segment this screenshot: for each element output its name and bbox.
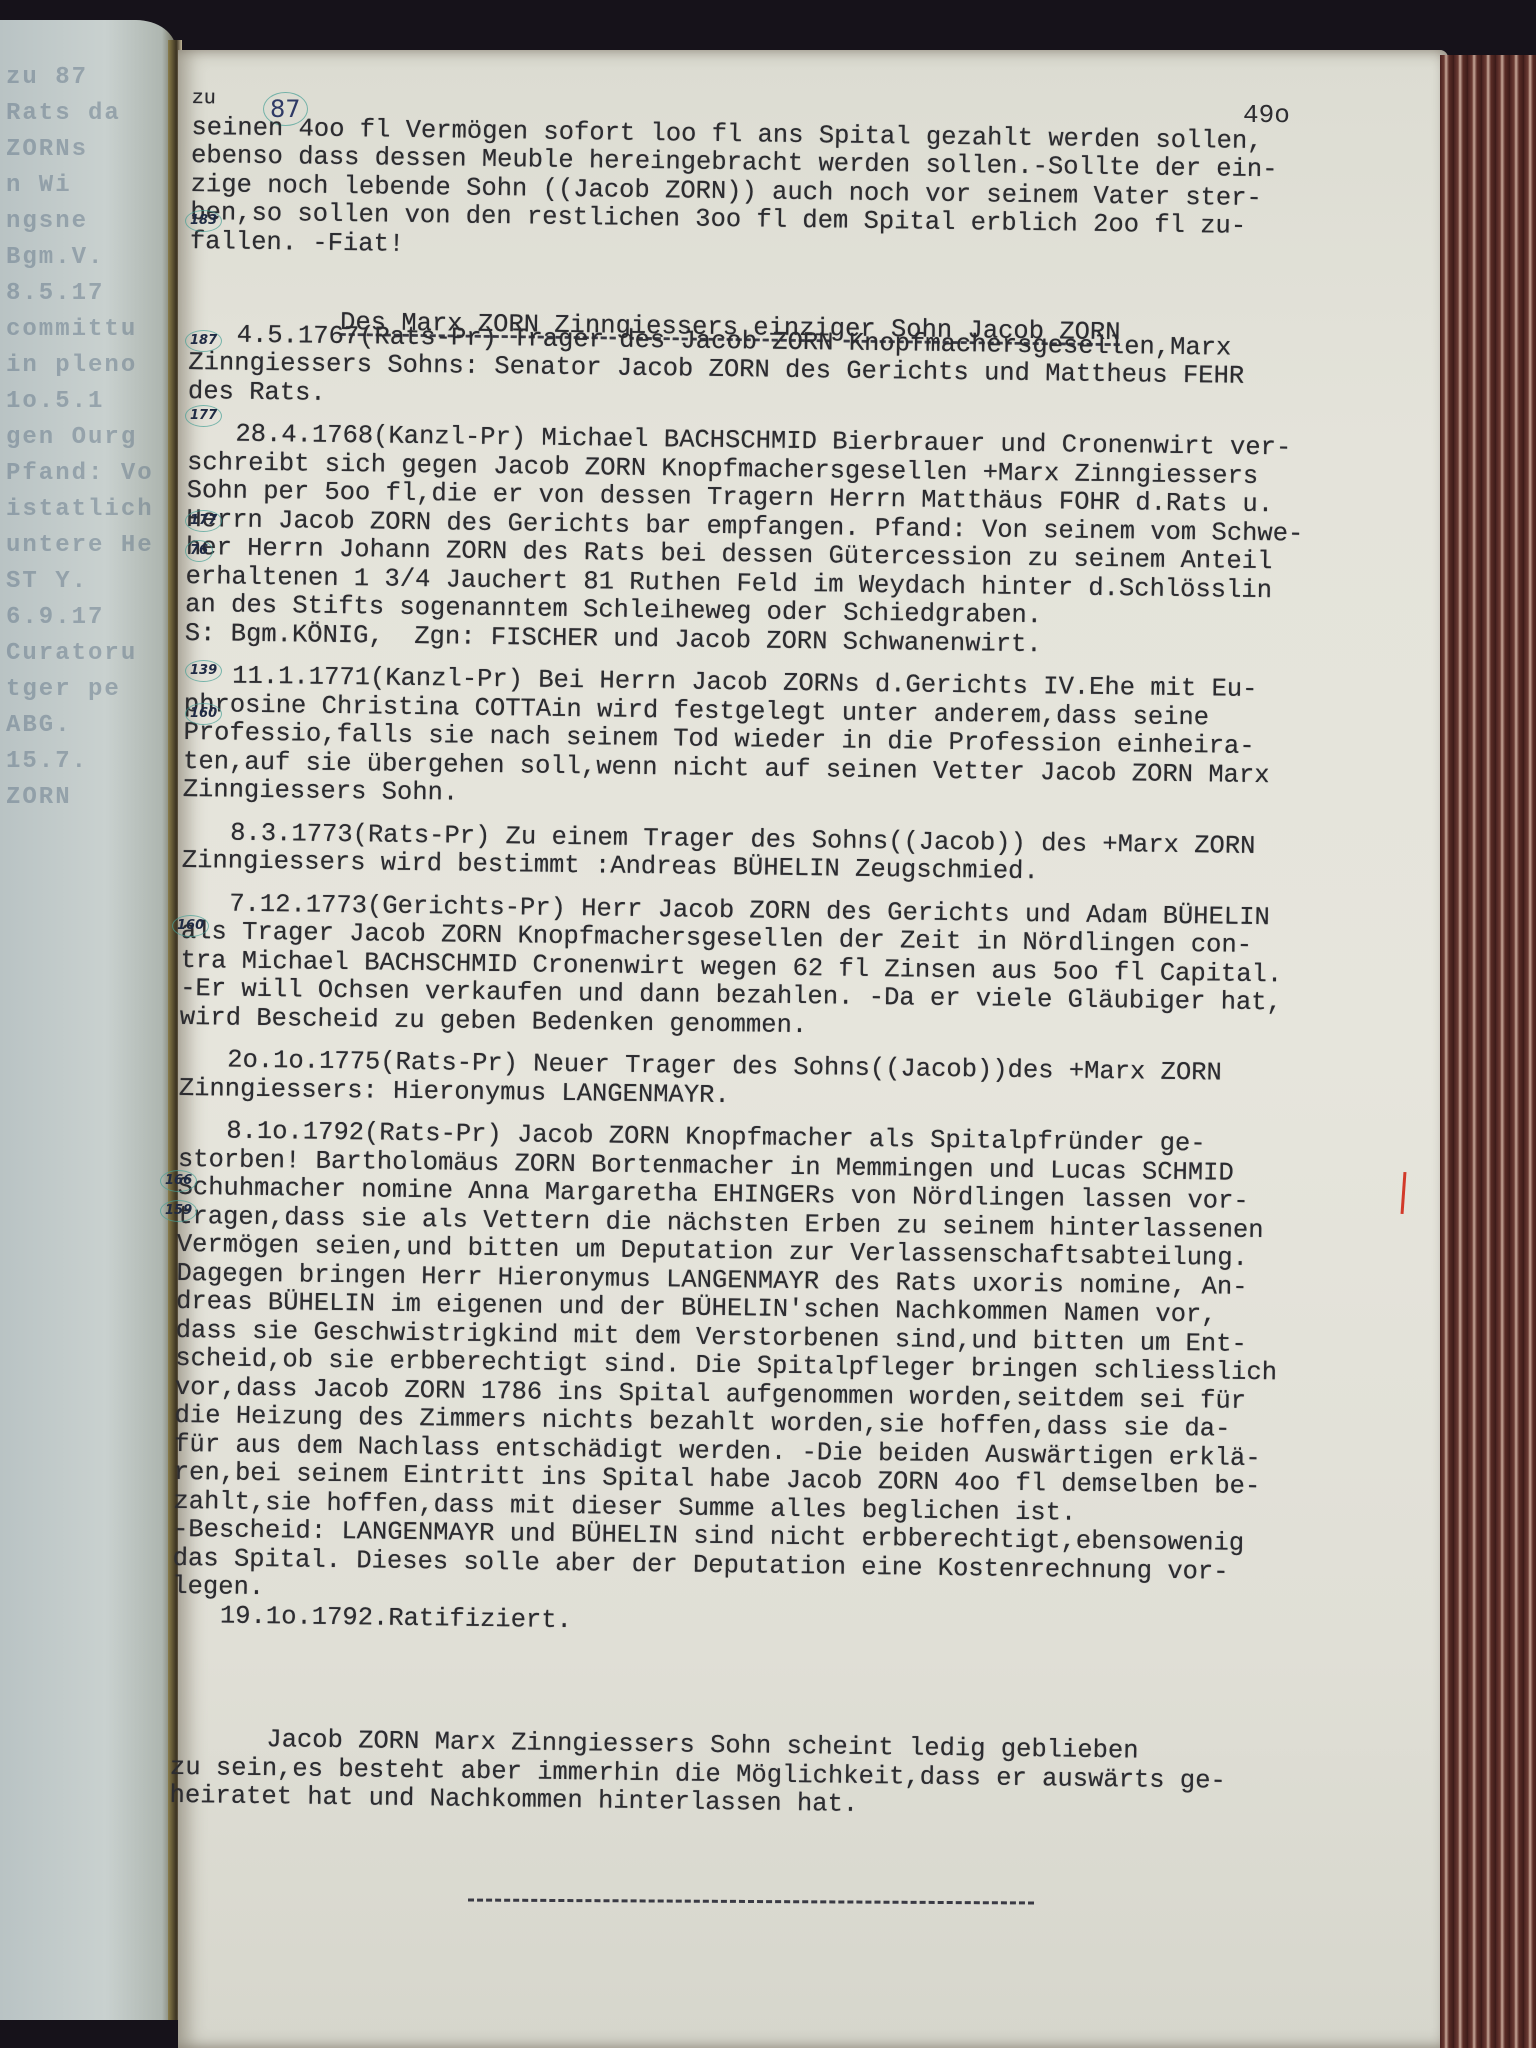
margin-note: 160: [172, 915, 209, 937]
page-edges: [1440, 55, 1536, 2048]
margin-note: 177: [185, 510, 222, 532]
left-page: zu 87 Rats da ZORNs n Wi ngsne Bgm.V. 8.…: [0, 20, 176, 2020]
entry-11.1.1771: 11.1.1771(Kanzl-Pr) Bei Herrn Jacob ZORN…: [183, 662, 1435, 821]
entry-7.12.1773: 7.12.1773(Gerichts-Pr) Herr Jacob ZORN d…: [180, 889, 1432, 1048]
margin-note: 139: [185, 660, 222, 682]
margin-note: 177: [185, 405, 222, 427]
margin-note: 166: [160, 1170, 197, 1192]
margin-note: 187: [185, 330, 222, 352]
conclusion-paragraph: Jacob ZORN Marx Zinngiessers Sohn schein…: [169, 1725, 1420, 1827]
entry-4.5.1767: 4.5.1767(Rats-Pr) Trager des Jacob ZORN …: [188, 320, 1439, 422]
entry-28.4.1768: 28.4.1768(Kanzl-Pr) Michael BACHSCHMID B…: [185, 420, 1438, 664]
margin-note: 159: [160, 1200, 197, 1222]
left-page-fragments: zu 87 Rats da ZORNs n Wi ngsne Bgm.V. 8.…: [6, 60, 174, 816]
typed-text: zu seinen 4oo fl Vermögen sofort loo fl …: [169, 85, 1441, 1827]
entry-8.1o.1792: 8.1o.1792(Rats-Pr) Jacob ZORN Knopfmache…: [172, 1117, 1428, 1618]
margin-note: 76: [185, 540, 213, 562]
margin-note: 183: [185, 210, 222, 232]
entries: 4.5.1767(Rats-Pr) Trager des Jacob ZORN …: [172, 320, 1439, 1646]
margin-note: 160: [185, 703, 222, 725]
intro-paragraph: seinen 4oo fl Vermögen sofort loo fl ans…: [190, 113, 1442, 272]
